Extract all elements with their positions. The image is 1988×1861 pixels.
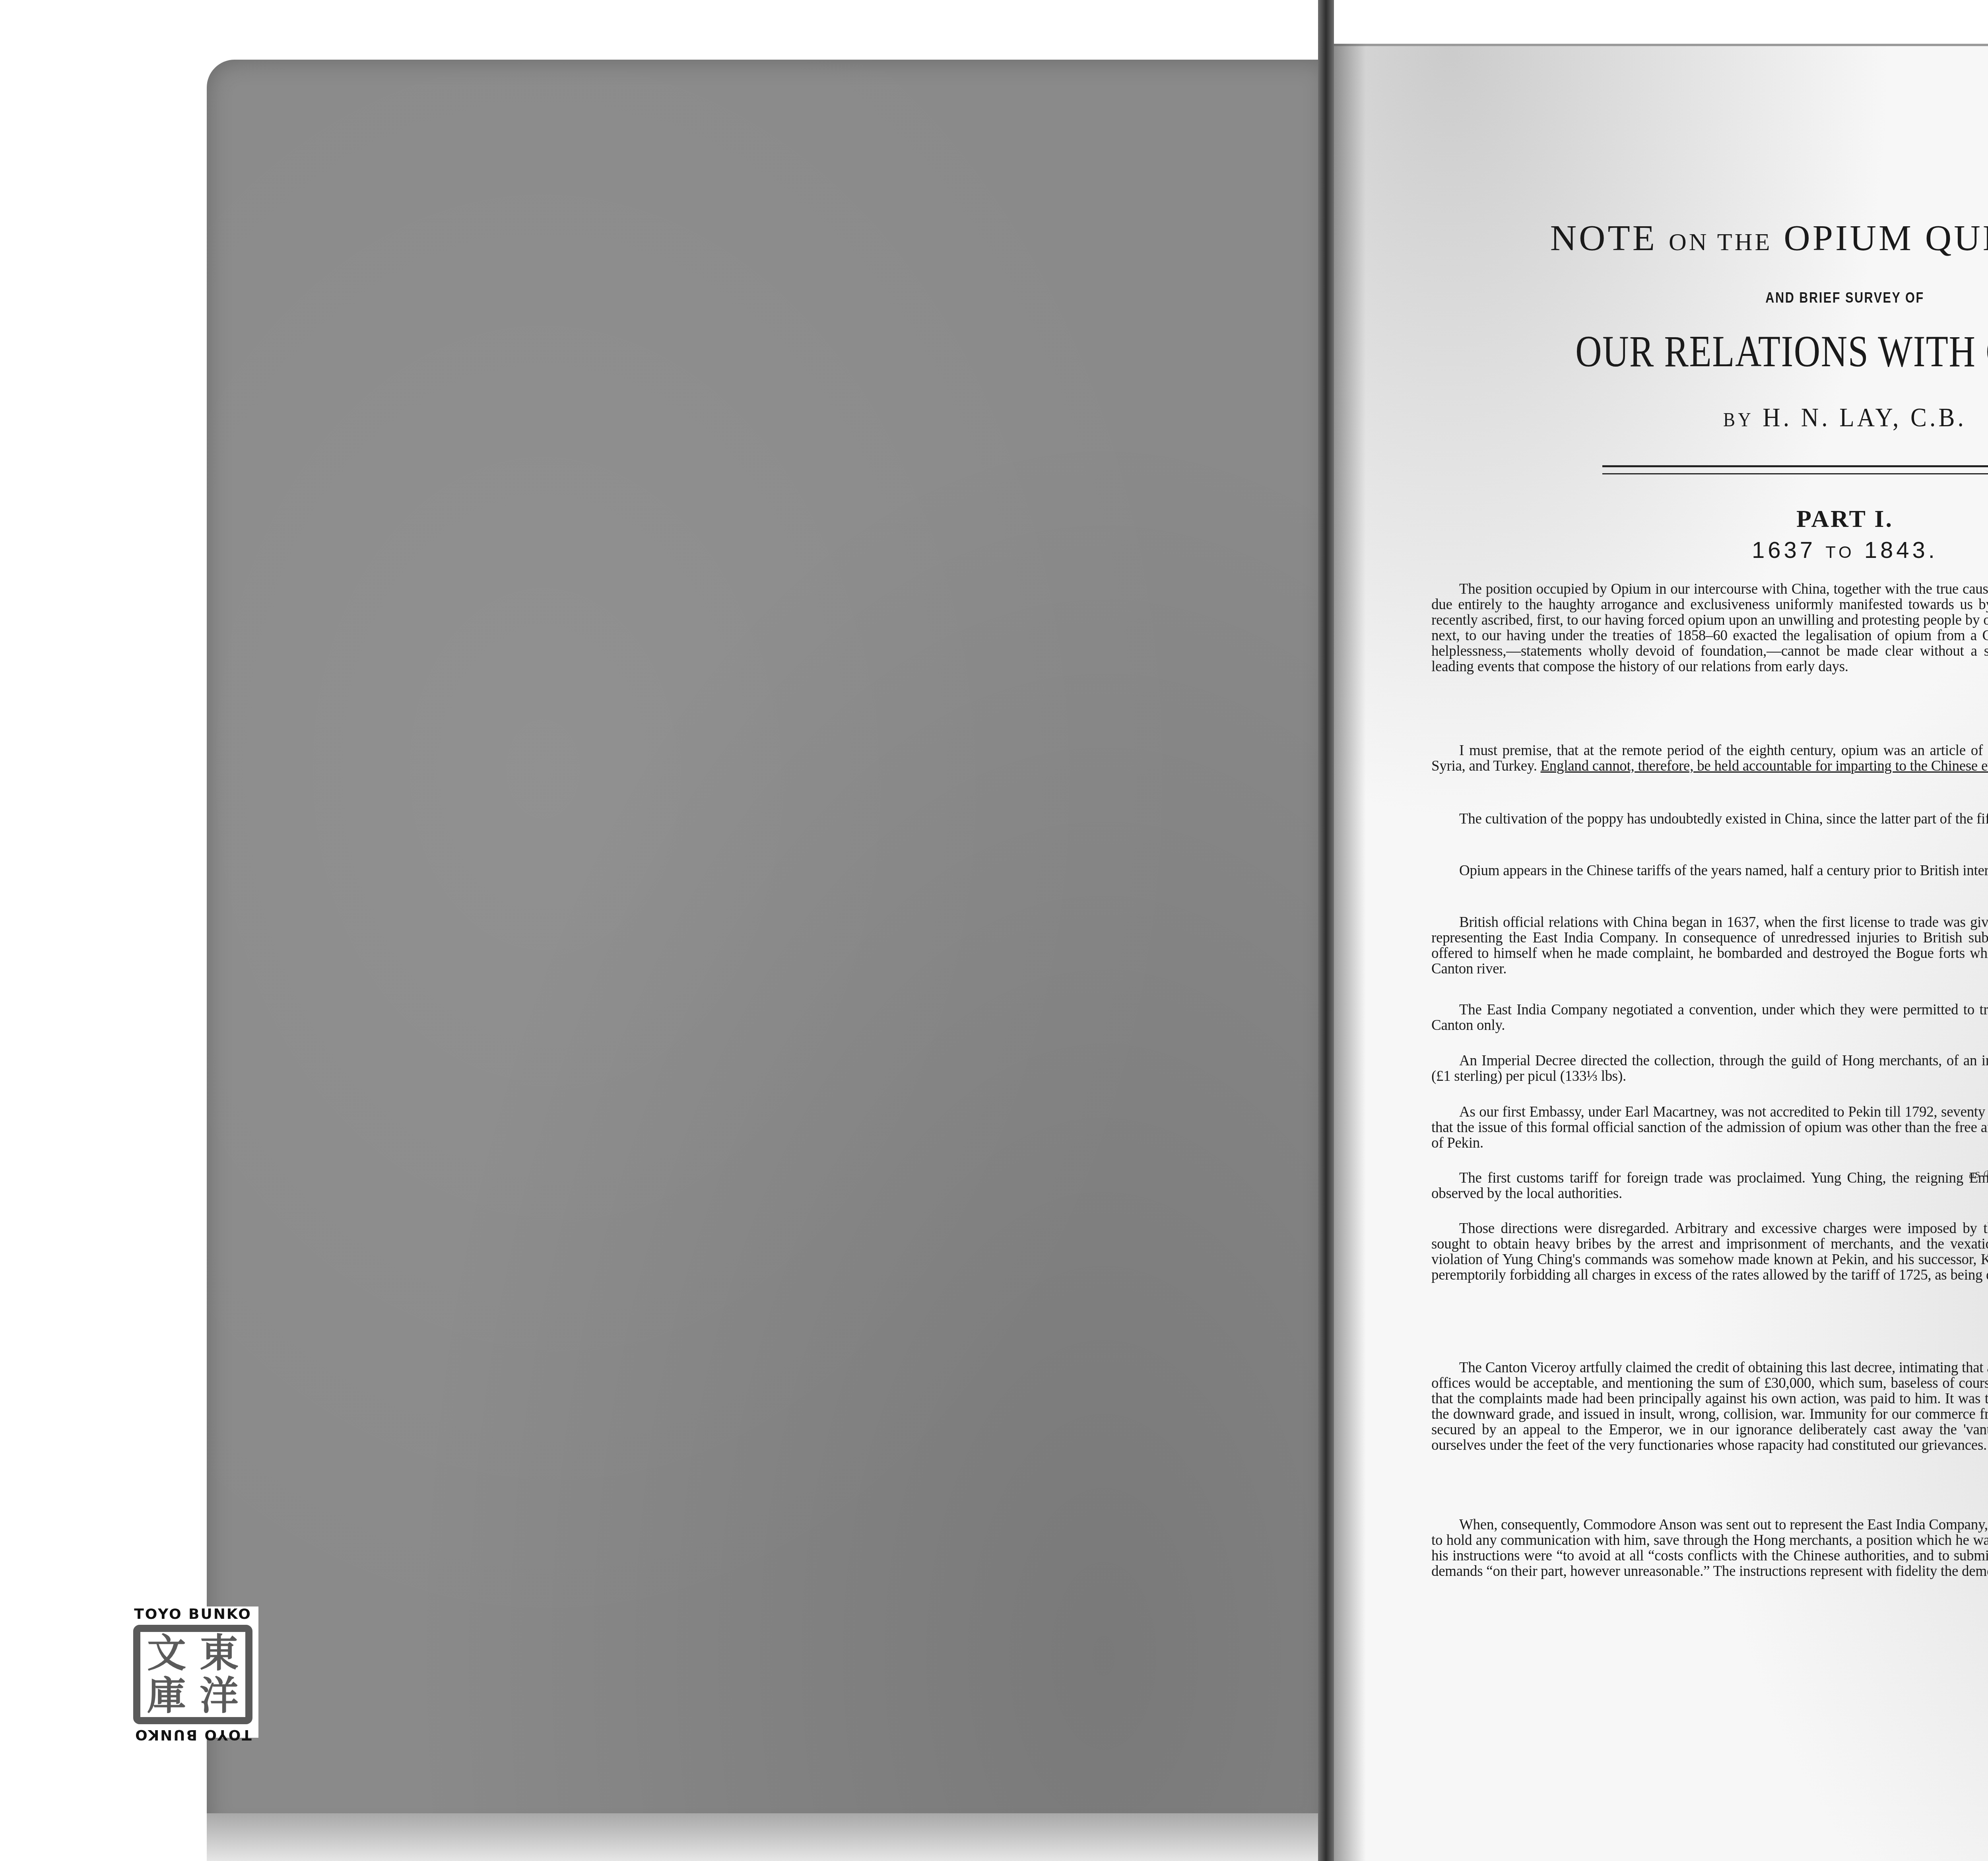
front-cover-board (207, 60, 1328, 1833)
book-spine (1318, 0, 1334, 1861)
main-title: NOTE ON THE OPIUM QUESTION; (1408, 217, 1988, 259)
paragraph-1725: The first customs tariff for foreign tra… (1431, 1170, 1988, 1201)
paragraph-fifteenth-century: The cultivation of the poppy has undoubt… (1431, 811, 1988, 827)
author-byline: BY H. N. LAY, C.B. (1451, 402, 1988, 433)
paragraph-1637: British official relations with China be… (1431, 915, 1988, 977)
title-rule (1602, 465, 1988, 467)
date-range: 1637 TO 1843. (1408, 537, 1988, 563)
title-rule-thin (1602, 473, 1988, 474)
seal-icon: 文東 庫洋 (133, 1625, 252, 1724)
secondary-title: OUR RELATIONS WITH CHINA. (1486, 326, 1988, 377)
subtitle: AND BRIEF SURVEY OF (1473, 289, 1988, 306)
paragraph-bribe: The Canton Viceroy artfully claimed the … (1431, 1360, 1988, 1453)
paragraph-1736: Those directions were disregarded. Arbit… (1431, 1221, 1988, 1283)
paragraph-1722: An Imperial Decree directed the collecti… (1431, 1053, 1988, 1084)
toyo-bunko-stamp: TOYO BUNKO 文東 庫洋 TOYO BUNKO (127, 1607, 258, 1738)
paragraph-1712: The East India Company negotiated a conv… (1431, 1002, 1988, 1033)
cover-shadow (207, 1813, 1328, 1861)
paragraph-eighth-century: I must premise, that at the remote perio… (1431, 743, 1988, 774)
gutter-shadow (1334, 44, 1366, 1861)
part-heading: PART I. (1408, 505, 1988, 533)
paragraph-preamble: The position occupied by Opium in our in… (1431, 581, 1988, 674)
paragraph-tariffs: Opium appears in the Chinese tariffs of … (1431, 863, 1988, 878)
paragraph-anson: When, consequently, Commodore Anson was … (1431, 1517, 1988, 1579)
paragraph-macartney: As our first Embassy, under Earl Macartn… (1431, 1104, 1988, 1151)
